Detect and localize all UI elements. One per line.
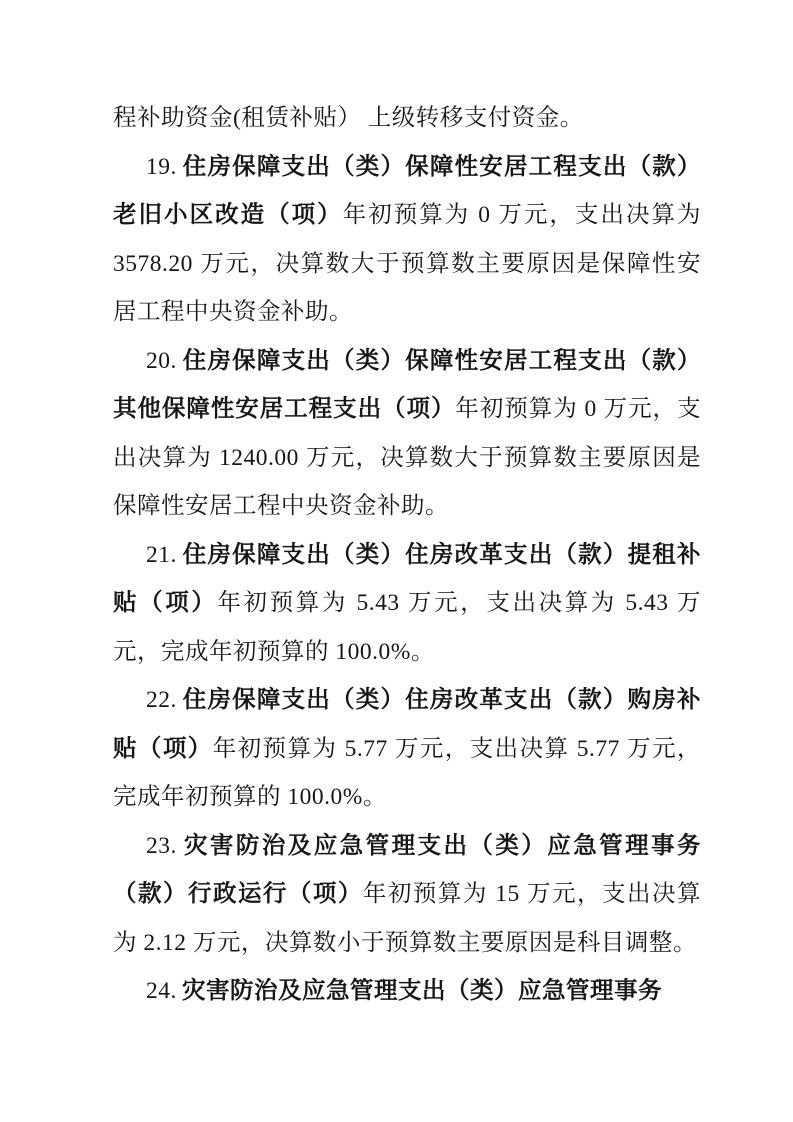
- paragraph-number: 23.: [146, 833, 177, 859]
- paragraph-heading: 灾害防治及应急管理支出（类）应急管理事务: [182, 978, 662, 1004]
- paragraph-number: 20.: [146, 348, 177, 374]
- budget-paragraph-19: 19.住房保障支出（类）保障性安居工程支出（款）老旧小区改造（项）年初预算为 0…: [113, 143, 701, 337]
- budget-paragraph-23: 23.灾害防治及应急管理支出（类）应急管理事务（款）行政运行（项）年初预算为 1…: [113, 822, 701, 968]
- budget-paragraph-20: 20.住房保障支出（类）保障性安居工程支出（款）其他保障性安居工程支出（项）年初…: [113, 337, 701, 531]
- continuation-paragraph: 程补助资金(租赁补贴） 上级转移支付资金。: [113, 94, 701, 143]
- paragraph-number: 24.: [146, 978, 177, 1004]
- paragraph-number: 22.: [146, 687, 177, 713]
- budget-paragraph-21: 21.住房保障支出（类）住房改革支出（款）提租补贴（项）年初预算为 5.43 万…: [113, 531, 701, 677]
- paragraph-number: 19.: [146, 154, 177, 180]
- continuation-text: 程补助资金(租赁补贴） 上级转移支付资金。: [113, 105, 584, 131]
- document-page: 程补助资金(租赁补贴） 上级转移支付资金。 19.住房保障支出（类）保障性安居工…: [0, 0, 793, 1122]
- budget-paragraph-22: 22.住房保障支出（类）住房改革支出（款）购房补贴（项）年初预算为 5.77 万…: [113, 676, 701, 822]
- budget-paragraph-24: 24.灾害防治及应急管理支出（类）应急管理事务: [113, 967, 701, 1016]
- paragraph-number: 21.: [146, 542, 177, 568]
